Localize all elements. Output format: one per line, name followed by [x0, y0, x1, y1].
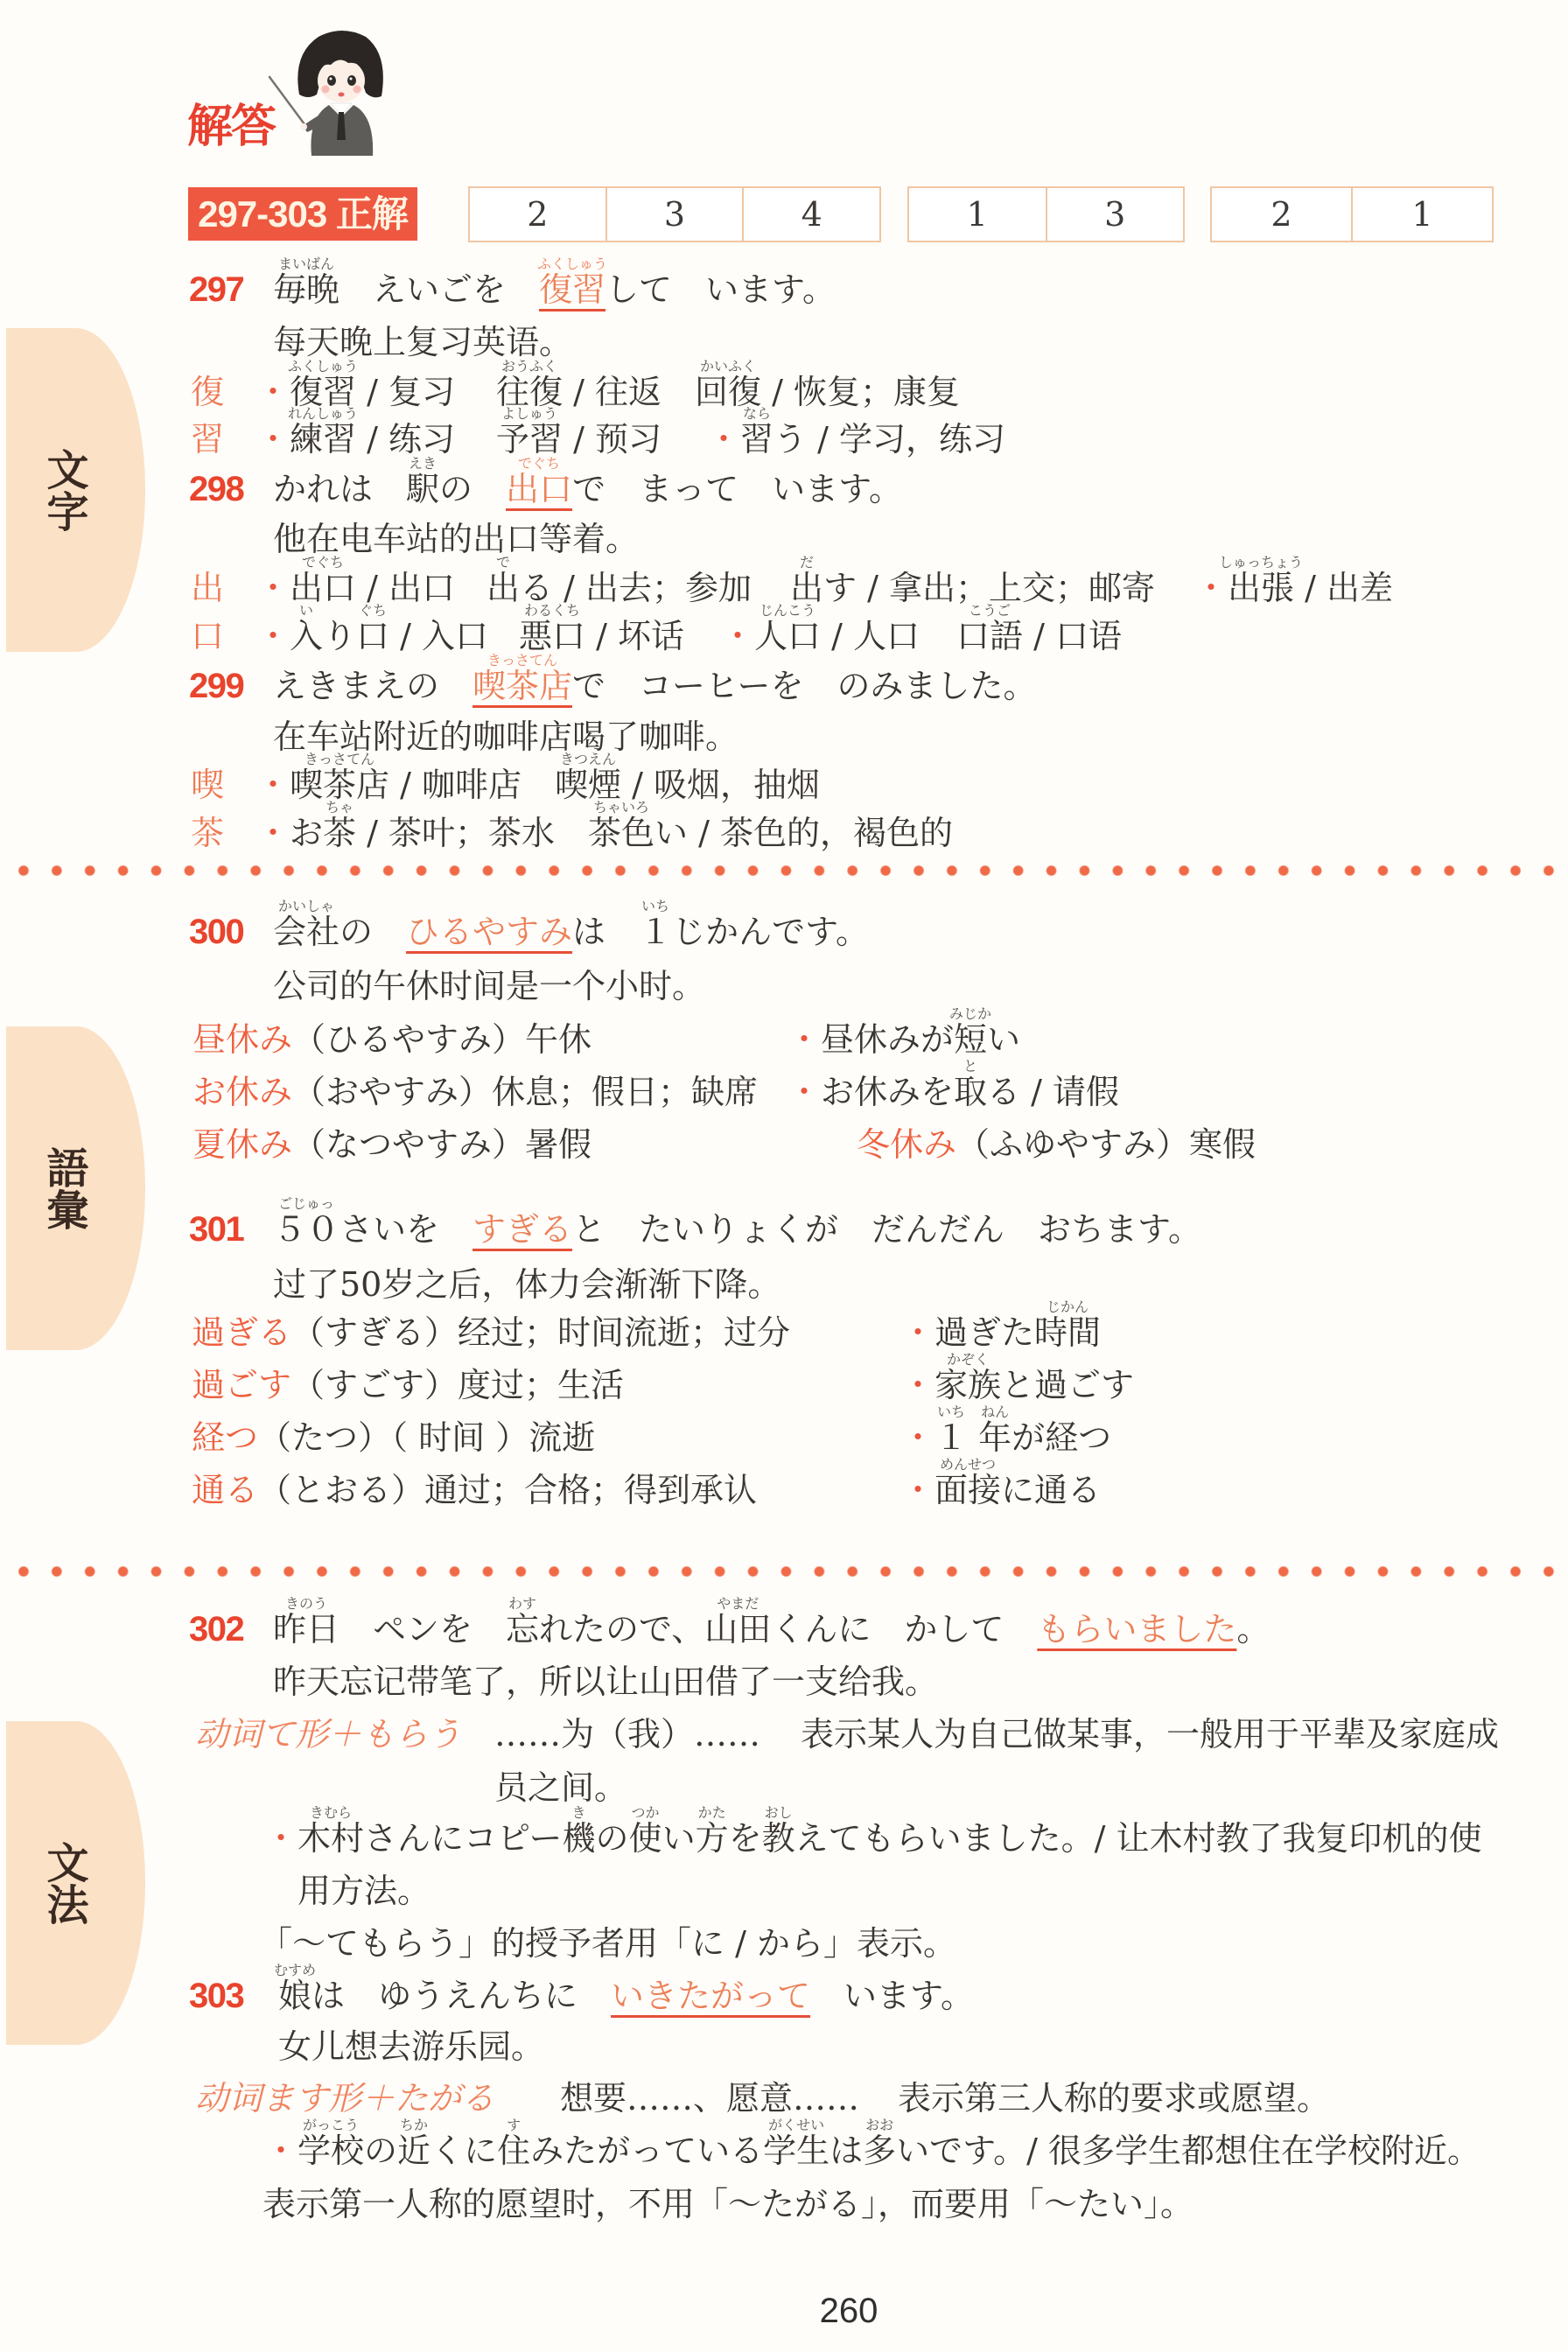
answer-cell: 1: [909, 188, 1046, 241]
kanji-label: 復: [191, 371, 224, 413]
vocab-row: 経つ（たつ）（ 时间 ）流逝 ・１いち 年ねんが経つ: [0, 1417, 1568, 1459]
text-segment: して います。: [605, 270, 836, 309]
question-sentence: 昨日きのう ペンを 忘わすれたので、山田やまだくんに かして もらいました。: [273, 1608, 1270, 1650]
vocab-reading: （ひるやすみ）: [292, 1020, 525, 1059]
kanji-example: 予習よしゅう / 预习: [496, 418, 661, 460]
grammar-note: 「〜てもらう」的授予者用「に / から」表示。: [259, 1922, 956, 1964]
question-sentence-row: 300 会社かいしゃの ひるやすみは １いちじかんです。: [0, 911, 1568, 953]
translation-row: 每天晚上复习英语。: [0, 321, 1568, 363]
answer-cell: 3: [605, 188, 743, 241]
ruby-word: 使つか: [629, 1817, 662, 1859]
answer-highlight: いきたがって: [611, 1977, 810, 2015]
text-segment: / 茶叶；茶水: [356, 814, 555, 852]
vocab-word: 夏休み: [192, 1125, 292, 1164]
furigana: ぐち: [359, 604, 387, 618]
question-number: 298: [189, 468, 243, 510]
furigana: だ: [800, 556, 814, 570]
question-sentence: 娘むすめは ゆうえんちに いきたがって います。: [278, 1975, 974, 2017]
furigana: いち: [641, 899, 669, 913]
textbook-page: 文字 語彙 文法 解答 297-303 正解 2 3 4 1 3 2 1: [0, 0, 1568, 2352]
ruby-word: １いち: [934, 1417, 968, 1459]
text-segment: じかんです。: [672, 913, 869, 951]
text-segment: / 人口: [821, 617, 920, 655]
text-segment: い / 茶色的，褐色的: [654, 814, 953, 852]
ruby-word: 昨日きのう: [273, 1608, 339, 1650]
vocab-reading: （ふゆやすみ）: [956, 1125, 1189, 1164]
translation: 昨天忘记带笔了，所以让山田借了一支给我。: [273, 1661, 938, 1703]
bullet-icon: ・: [256, 373, 290, 411]
vocab-row: 通る（とおる）通过；合格；得到承认 ・面接めんせつに通る: [0, 1469, 1568, 1511]
translation: 公司的午休时间是一个小时。: [273, 965, 705, 1007]
text-segment: で コーヒーを のみました。: [572, 667, 1036, 705]
ruby-word: 住す: [497, 2130, 530, 2172]
text-segment: 昼休みが: [821, 1020, 954, 1059]
translation: 女儿想去游乐园。: [278, 2026, 544, 2068]
bullet-icon: ・: [256, 617, 290, 655]
kanji-example: ・入いり口ぐち / 入口: [256, 615, 488, 657]
kanji-example: ・人口じんこう / 人口: [721, 615, 920, 657]
kanji-label: 出: [191, 567, 224, 609]
furigana: むすめ: [274, 1963, 316, 1977]
answer-highlight: ひるやすみ: [406, 913, 572, 951]
furigana: かた: [698, 1806, 726, 1820]
question-sentence: ５０ごじゅっさいを すぎると たいりょくが だんだん おちます。: [273, 1208, 1201, 1250]
question-sentence-row: 297 毎晩まいばん えいごを 復習ふくしゅうして います。: [0, 269, 1568, 311]
vocab-meaning: 休息；假日；缺席: [492, 1073, 758, 1111]
answer-highlight: もらいました: [1037, 1610, 1236, 1648]
text-segment: り: [323, 617, 356, 655]
furigana: でぐち: [302, 556, 344, 570]
question-number: 297: [189, 269, 243, 311]
text-segment: の: [339, 913, 406, 951]
furigana: こうご: [969, 604, 1011, 618]
furigana: ちか: [400, 2118, 428, 2132]
translation: 每天晚上复习英语。: [273, 321, 572, 363]
question-number: 301: [189, 1208, 243, 1250]
question-sentence-row: 301 ５０ごじゅっさいを すぎると たいりょくが だんだん おちます。: [0, 1208, 1568, 1250]
kanji-label: 喫: [191, 764, 224, 806]
vocab-word: 昼休み: [192, 1020, 292, 1059]
text-segment: / 预习: [563, 420, 661, 458]
vocab-row: 過ぎる（すぎる）经过；时间流逝；过分 ・過ぎた時間じかん: [0, 1312, 1568, 1354]
bullet-icon: ・: [787, 1020, 821, 1059]
bullet-icon: ・: [256, 814, 290, 852]
answer-highlight: 復習ふくしゅう: [539, 269, 605, 311]
kanji-row: 茶 ・お茶ちゃ / 茶叶；茶水 茶色ちゃいろい / 茶色的，褐色的: [0, 812, 1568, 854]
grammar-example-cont: 用方法。: [297, 1870, 430, 1912]
text-segment: います。: [810, 1977, 974, 2015]
question-number: 299: [189, 665, 243, 707]
answer-group-3: 2 1: [1210, 186, 1494, 242]
kanji-row: 口 ・入いり口ぐち / 入口 悪口わるくち / 坏话 ・人口じんこう / 人口 …: [0, 615, 1568, 657]
kanji-label: 習: [191, 418, 224, 460]
kanji-example: 口語こうご / 口语: [956, 615, 1122, 657]
grammar-explanation: 表示第三人称的要求或愿望。: [898, 2077, 1330, 2119]
ruby-word: 教おし: [762, 1817, 795, 1859]
furigana: と: [963, 1060, 977, 1074]
text-segment: / 吸烟，抽烟: [621, 766, 820, 804]
text-segment: / 练习: [356, 420, 455, 458]
furigana: かぞく: [947, 1353, 989, 1367]
furigana: みじか: [949, 1007, 991, 1021]
furigana: ごじゅっ: [278, 1197, 334, 1211]
page-number: 260: [814, 2291, 884, 2331]
answer-highlight: 喫茶店きっさてん: [472, 665, 572, 707]
grammar-explanation-cont: 员之间。: [494, 1767, 627, 1809]
vocab-meaning: 暑假: [525, 1125, 591, 1164]
question-sentence: かれは 駅えきの 出口でぐちで まって います。: [273, 468, 902, 510]
translation: 过了50岁之后，体力会渐渐下降。: [273, 1263, 780, 1305]
text-segment: は ゆうえんちに: [311, 1977, 611, 2015]
text-segment: えきまえの: [273, 667, 472, 705]
answer-highlight: すぎる: [472, 1210, 572, 1249]
ruby-word: 口ぐち: [356, 615, 389, 657]
vocab-reading: （たつ）: [258, 1418, 391, 1457]
note-row: 表示第一人称的愿望时，不用「〜たがる」，而要用「〜たい」。: [0, 2183, 1568, 2225]
kanji-label: 茶: [191, 812, 224, 854]
kanji-example: ・練習れんしゅう / 练习: [256, 418, 455, 460]
ruby-word: 毎晩まいばん: [273, 269, 339, 311]
kanji-row: 喫 ・喫茶店きっさてん / 咖啡店 喫煙きつえん / 吸烟，抽烟: [0, 764, 1568, 806]
vocab-word: 経つ: [192, 1418, 258, 1457]
ruby-word: 予習よしゅう: [496, 418, 563, 460]
furigana: おうふく: [501, 360, 557, 374]
furigana: わるくち: [524, 604, 580, 618]
kanji-example: ・喫茶店きっさてん / 咖啡店: [256, 764, 521, 806]
translation-row: 女儿想去游乐园。: [0, 2026, 1568, 2068]
text-segment: [968, 1418, 978, 1457]
text-segment: い: [662, 1819, 696, 1858]
furigana: おし: [765, 1806, 793, 1820]
text-segment: る / 请假: [987, 1073, 1119, 1111]
bullet-icon: ・: [787, 1073, 821, 1111]
vocab-word: 過ぎる: [192, 1313, 291, 1352]
translation-row: 在车站附近的咖啡店喝了咖啡。: [0, 716, 1568, 758]
text-segment: / 咖啡店: [389, 766, 521, 804]
grammar-meaning: 想要……、愿意……: [560, 2077, 859, 2119]
text-segment: / 复习: [356, 373, 455, 411]
furigana: ねん: [981, 1405, 1009, 1419]
text-segment: が経つ: [1011, 1418, 1111, 1457]
text-segment: に通る: [1001, 1471, 1101, 1509]
ruby-word: 練習れんしゅう: [290, 418, 356, 460]
ruby-word: 茶ちゃ: [323, 812, 356, 854]
bullet-icon: ・: [901, 1366, 934, 1404]
furigana: ふくしゅう: [288, 360, 358, 374]
kanji-example: 悪口わるくち / 坏话: [519, 615, 684, 657]
text-segment: えいごを: [339, 270, 539, 309]
ruby-word: 短みじか: [954, 1018, 987, 1060]
furigana: き: [572, 1806, 586, 1820]
text-segment: さんにコピー: [364, 1819, 562, 1858]
vocab-meaning: 午休: [525, 1020, 591, 1059]
furigana: す: [507, 2118, 521, 2132]
ruby-word: 学校がっこう: [297, 2130, 364, 2172]
ruby-word: 出張しゅっちょう: [1228, 567, 1294, 609]
vocab-reading: （とおる）: [258, 1471, 424, 1509]
ruby-word: 娘むすめ: [278, 1975, 311, 2017]
bullet-icon: ・: [721, 617, 754, 655]
text-segment: かれは: [273, 470, 406, 508]
answer-group-2: 1 3: [907, 186, 1185, 242]
ruby-word: 口語こうご: [956, 615, 1023, 657]
text-segment: の: [439, 470, 506, 508]
kanji-example: ・習ならう / 学习，练习: [707, 418, 1005, 460]
vocab-reading: （すごす）: [291, 1366, 458, 1404]
question-sentence: 会社かいしゃの ひるやすみは １いちじかんです。: [273, 911, 869, 953]
text-segment: と過ごす: [1001, 1366, 1134, 1404]
grammar-example: ・学校がっこうの近ちかくに住すみたがっている学生がくせいは多おおいです。/ 很多…: [264, 2130, 1480, 2172]
furigana: めんせつ: [940, 1458, 996, 1472]
furigana: やまだ: [717, 1597, 759, 1611]
ruby-word: ５０ごじゅっ: [273, 1208, 339, 1250]
vocab-meaning: 经过；时间流逝；过分: [458, 1313, 790, 1352]
bullet-icon: ・: [901, 1313, 934, 1352]
ruby-word: 山田やまだ: [704, 1608, 771, 1650]
vocab-row: 過ごす（すごす）度过；生活 ・家族かぞくと過ごす: [0, 1364, 1568, 1406]
grammar-example: ・木村きむらさんにコピー機きの使つかい方かたを教おしえてもらいました。/ 让木村…: [264, 1817, 1482, 1859]
furigana: わす: [508, 1597, 536, 1611]
furigana: がくせい: [768, 2118, 824, 2132]
grammar-pattern: 动词て形＋もらう: [195, 1713, 461, 1755]
ruby-word: 悪口わるくち: [519, 615, 585, 657]
furigana: かいふく: [700, 360, 756, 374]
example-row: ・学校がっこうの近ちかくに住すみたがっている学生がくせいは多おおいです。/ 很多…: [0, 2130, 1568, 2172]
vocab-entry: お休み（おやすみ）休息；假日；缺席: [192, 1071, 758, 1113]
furigana: えき: [409, 457, 437, 471]
vocab-word: お休み: [192, 1073, 292, 1111]
text-segment: くに: [430, 2131, 497, 2170]
furigana: よしゅう: [501, 407, 557, 421]
ruby-word: 取と: [954, 1071, 987, 1113]
question-sentence-row: 298 かれは 駅えきの 出口でぐちで まって います。: [0, 468, 1568, 510]
grammar-row-continued: 员之间。: [0, 1767, 1568, 1809]
text-segment: いです。/ 很多学生都想住在学校附近。: [896, 2131, 1480, 2170]
furigana: でぐち: [518, 457, 560, 471]
ruby-word: 面接めんせつ: [934, 1469, 1001, 1511]
vocab-word: 過ごす: [192, 1366, 291, 1404]
note-row: 「〜てもらう」的授予者用「に / から」表示。: [0, 1922, 1568, 1964]
bullet-icon: ・: [264, 2131, 297, 2170]
question-sentence-row: 299 えきまえの 喫茶店きっさてんで コーヒーを のみました。: [0, 665, 1568, 707]
answer-cell: 3: [1046, 188, 1184, 241]
text-segment: の: [596, 1819, 629, 1858]
bullet-icon: ・: [1194, 569, 1228, 607]
translation-row: 过了50岁之后，体力会渐渐下降。: [0, 1263, 1568, 1305]
ruby-word: 多おお: [863, 2130, 896, 2172]
ruby-word: １いち: [639, 911, 672, 953]
ruby-word: 忘わす: [506, 1608, 539, 1650]
furigana: きのう: [285, 1597, 327, 1611]
question-sentence-row: 302 昨日きのう ペンを 忘わすれたので、山田やまだくんに かして もらいまし…: [0, 1608, 1568, 1650]
text-segment: い: [987, 1020, 1020, 1059]
vocab-reading: （すぎる）: [291, 1313, 458, 1352]
vocab-example: ・昼休みが短みじかい: [787, 1018, 1020, 1060]
text-segment: / 恢复；康复: [761, 373, 960, 411]
text-segment: / 入口: [389, 617, 488, 655]
vocab-meaning: 度过；生活: [458, 1366, 624, 1404]
furigana: ふくしゅう: [537, 257, 607, 271]
text-segment: と たいりょくが だんだん おちます。: [572, 1210, 1201, 1249]
question-number: 303: [189, 1975, 243, 2017]
furigana: きつえん: [560, 752, 616, 766]
kanji-example: ・出張しゅっちょう / 出差: [1194, 567, 1393, 609]
vocab-meaning: 寒假: [1189, 1125, 1256, 1164]
text-segment: 。: [1236, 1610, 1270, 1648]
bullet-icon: ・: [264, 1819, 297, 1858]
furigana: ちゃ: [325, 801, 353, 815]
grammar-row: 动词ます形＋たがる 想要……、愿意…… 表示第三人称的要求或愿望。: [0, 2077, 1568, 2119]
question-number: 300: [189, 911, 243, 953]
dotted-divider: [7, 1565, 1565, 1578]
text-segment: で まって います。: [572, 470, 902, 508]
vocab-word: 通る: [192, 1471, 258, 1509]
text-segment: えてもらいました。/ 让木村教了我复印机的使: [795, 1819, 1482, 1858]
grammar-row: 动词て形＋もらう ……为（我）…… 表示某人为自己做某事，一般用于平辈及家庭成: [0, 1713, 1568, 1755]
answer-cell: 1: [1351, 188, 1492, 241]
bullet-icon: ・: [256, 766, 290, 804]
vocab-row: お休み（おやすみ）休息；假日；缺席 ・お休みを取とる / 请假: [0, 1071, 1568, 1113]
answer-cell: 2: [1212, 188, 1351, 241]
furigana: つか: [632, 1806, 660, 1820]
vocab-entry: 冬休み（ふゆやすみ）寒假: [857, 1123, 1256, 1165]
ruby-word: 木村きむら: [297, 1817, 364, 1859]
furigana: じかん: [1046, 1300, 1088, 1314]
vocab-word: 冬休み: [857, 1125, 956, 1164]
vocab-example: ・１いち 年ねんが経つ: [901, 1417, 1111, 1459]
kanji-example: 茶色ちゃいろい / 茶色的，褐色的: [588, 812, 953, 854]
ruby-word: 方かた: [696, 1817, 729, 1859]
ruby-word: 年ねん: [978, 1417, 1011, 1459]
text-segment: さいを: [339, 1210, 472, 1249]
ruby-word: 時間じかん: [1034, 1312, 1101, 1354]
vocab-reading: （なつやすみ）: [292, 1125, 525, 1164]
furigana: い: [299, 604, 313, 618]
teacher-illustration-icon: [259, 17, 390, 162]
furigana: がっこう: [303, 2118, 359, 2132]
kanji-example: 回復かいふく / 恢复；康复: [695, 371, 960, 413]
furigana: きむら: [310, 1806, 352, 1820]
furigana: ちゃいろ: [593, 801, 649, 815]
kanji-example: ・お茶ちゃ / 茶叶；茶水: [256, 812, 555, 854]
grammar-explanation: 表示某人为自己做某事，一般用于平辈及家庭成: [801, 1713, 1499, 1755]
vocab-entry: 昼休み（ひるやすみ）午休: [192, 1018, 591, 1060]
grammar-pattern: 动词ます形＋たがる: [195, 2077, 494, 2119]
example-row: ・木村きむらさんにコピー機きの使つかい方かたを教おしえてもらいました。/ 让木村…: [0, 1817, 1568, 1859]
furigana: れんしゅう: [288, 407, 358, 421]
text-segment: う / 学习，练习: [773, 420, 1005, 458]
furigana: かいしゃ: [278, 899, 334, 913]
furigana: じんこう: [759, 604, 815, 618]
bullet-icon: ・: [901, 1418, 934, 1457]
vocab-example: ・面接めんせつに通る: [901, 1469, 1101, 1511]
vocab-entry: 過ぎる（すぎる）经过；时间流逝；过分: [192, 1312, 790, 1354]
grammar-meaning: ……为（我）……: [494, 1713, 760, 1755]
vocab-example: ・過ぎた時間じかん: [901, 1312, 1101, 1354]
bullet-icon: ・: [901, 1471, 934, 1509]
ruby-word: 学生がくせい: [763, 2130, 829, 2172]
kanji-row: 復 ・復習ふくしゅう / 复习 往復おうふく / 往返 回復かいふく / 恢复；…: [0, 371, 1568, 413]
furigana: で: [496, 556, 510, 570]
example-row-continued: 用方法。: [0, 1870, 1568, 1912]
furigana: きっさてん: [304, 752, 374, 766]
vocab-entry: 経つ（たつ）（ 时间 ）流逝: [192, 1417, 595, 1459]
vocab-reading: （おやすみ）: [292, 1073, 492, 1111]
question-number: 302: [189, 1608, 243, 1650]
bullet-icon: ・: [256, 420, 290, 458]
text-segment: / 出差: [1294, 569, 1393, 607]
text-segment: 過ぎた: [934, 1313, 1034, 1352]
answer-highlight: 出口でぐち: [506, 468, 572, 510]
vocab-row: 昼休み（ひるやすみ）午休 ・昼休みが短みじかい: [0, 1018, 1568, 1060]
vocab-entry: 通る（とおる）通过；合格；得到承认: [192, 1469, 757, 1511]
ruby-word: 会社かいしゃ: [273, 911, 339, 953]
text-segment: を: [729, 1819, 762, 1858]
ruby-word: 駅えき: [406, 468, 439, 510]
vocab-entry: 夏休み（なつやすみ）暑假: [192, 1123, 591, 1165]
kanji-label: 口: [191, 615, 224, 657]
ruby-word: 入い: [290, 615, 323, 657]
furigana: まいばん: [278, 257, 334, 271]
text-segment: の: [364, 2131, 397, 2170]
answer-cell: 2: [470, 188, 605, 241]
bullet-icon: ・: [707, 420, 740, 458]
question-sentence: えきまえの 喫茶店きっさてんで コーヒーを のみました。: [273, 665, 1037, 707]
furigana: おお: [865, 2118, 893, 2132]
vocab-entry: 過ごす（すごす）度过；生活: [192, 1364, 624, 1406]
ruby-word: 機き: [563, 1817, 596, 1859]
text-segment: / 往返: [563, 373, 661, 411]
question-sentence-row: 303 娘むすめは ゆうえんちに いきたがって います。: [0, 1975, 1568, 2017]
ruby-word: 人口じんこう: [754, 615, 821, 657]
kanji-example: ・出口でぐち / 出口: [256, 567, 455, 609]
furigana: しゅっちょう: [1219, 556, 1303, 570]
furigana: いち: [937, 1405, 965, 1419]
text-segment: れたので、: [539, 1610, 704, 1648]
ruby-word: 習なら: [740, 418, 773, 460]
answer-range-badge: 297-303 正解: [188, 187, 417, 241]
text-segment: ペンを: [339, 1610, 506, 1648]
translation-row: 公司的午休时间是一个小时。: [0, 965, 1568, 1007]
dotted-divider: [7, 864, 1565, 877]
bullet-icon: ・: [256, 569, 290, 607]
ruby-word: 出で: [486, 567, 520, 609]
answer-group-1: 2 3 4: [468, 186, 881, 242]
vocab-meaning: 通过；合格；得到承认: [424, 1471, 757, 1509]
kanji-row: 習 ・練習れんしゅう / 练习 予習よしゅう / 预习 ・習ならう / 学习，练…: [0, 418, 1568, 460]
text-segment: は: [829, 2131, 863, 2170]
grammar-note: 表示第一人称的愿望时，不用「〜たがる」，而要用「〜たい」。: [262, 2183, 1193, 2225]
vocab-meaning: （ 时间 ）流逝: [391, 1418, 595, 1457]
vocab-example: ・家族かぞくと過ごす: [901, 1364, 1134, 1406]
ruby-word: 近ちか: [397, 2130, 430, 2172]
text-segment: / 坏话: [585, 617, 684, 655]
ruby-word: 家族かぞく: [934, 1364, 1001, 1406]
text-segment: くんに かして: [771, 1610, 1037, 1648]
furigana: きっさてん: [487, 654, 557, 668]
text-segment: お: [290, 814, 323, 852]
ruby-word: 茶色ちゃいろ: [588, 812, 654, 854]
text-segment: / 口语: [1023, 617, 1122, 655]
translation-row: 他在电车站的出口等着。: [0, 518, 1568, 560]
translation-row: 昨天忘记带笔了，所以让山田借了一支给我。: [0, 1661, 1568, 1703]
furigana: なら: [743, 407, 771, 421]
vocab-row: 夏休み（なつやすみ）暑假 冬休み（ふゆやすみ）寒假: [0, 1123, 1568, 1165]
question-sentence: 毎晩まいばん えいごを 復習ふくしゅうして います。: [273, 269, 836, 311]
vocab-example: ・お休みを取とる / 请假: [787, 1071, 1119, 1113]
text-segment: お休みを: [821, 1073, 954, 1111]
answer-cell: 4: [742, 188, 879, 241]
